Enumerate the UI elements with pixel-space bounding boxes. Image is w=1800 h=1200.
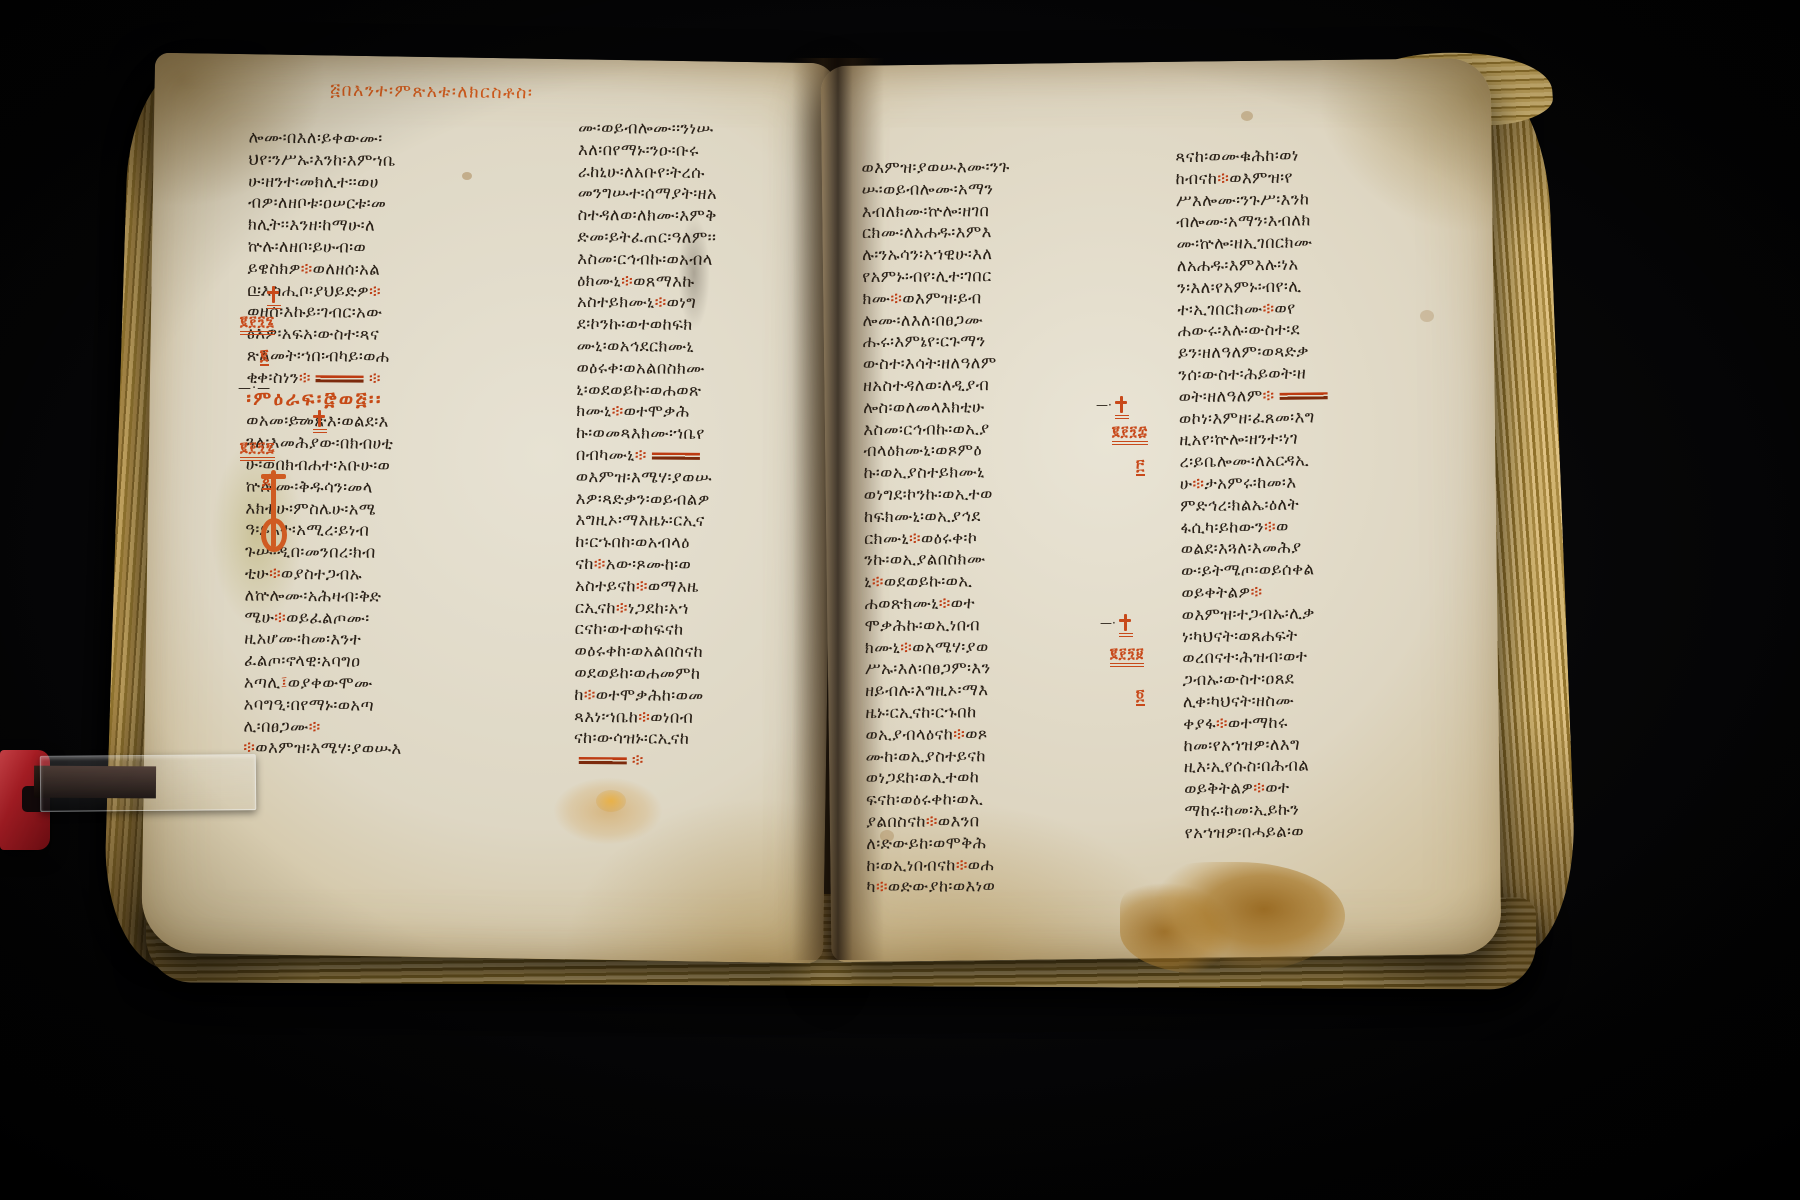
manuscript-text-line: አስተይናከ፨ወማእዜ bbox=[575, 575, 865, 599]
manuscript-text-line: ፨ወእምዝ፡እሜሃ፡ያወሡእ bbox=[243, 737, 563, 762]
manuscript-text-line: ኒ፨ወደወይኩ፡ወኢ bbox=[864, 569, 1178, 593]
manuscript-text-line: ወነጋደከ፡ወኢተወከ bbox=[866, 765, 1180, 789]
manuscript-text-line: ከፍክሙኒ፡ወኢያኅደ bbox=[864, 504, 1178, 528]
manuscript-text-line: ወዕሩቀከ፡ወአልበስናከ bbox=[574, 640, 864, 664]
manuscript-text-line: ሐወጽክሙኒ፨ወተ bbox=[864, 591, 1178, 615]
coptic-cross-margin-icon: —· bbox=[294, 410, 327, 427]
manuscript-text-line: ፅእዎ፡አፍአ፡ውስተ፡ጻና bbox=[247, 323, 567, 348]
manuscript-text-line: ካ፨ወድውያከ፡ወእነወ bbox=[866, 874, 1180, 898]
manuscript-text-line: ጓለ፡እመሕያው፡በክብሀቲ bbox=[246, 432, 566, 457]
manuscript-text-line: ወነግደ፡ኮንኩ፡ወኢተወ bbox=[864, 482, 1178, 506]
manuscript-text-line: ኩ፡ወኢያስተይክሙኒ bbox=[864, 460, 1178, 484]
manuscript-text-line: ያልበስናከ፨ወእንበ bbox=[866, 809, 1180, 833]
manuscript-text-line: ውስተ፡እሳት፡ዘለዓለም bbox=[863, 351, 1177, 375]
manuscript-text-line: አስተይክሙኒ፨ወነግ bbox=[577, 291, 867, 315]
coptic-cross-margin-icon: —· bbox=[1100, 614, 1133, 631]
manuscript-text-line: ሎስ፡ወለመላእክቲሁ bbox=[863, 395, 1177, 419]
manuscript-text-line: ርክሙ፡ለአሐዱ፡እምእ bbox=[862, 220, 1176, 244]
manuscript-text-line: ጉሡ፡ዲበ፡መንበረ፡ክብ bbox=[245, 541, 565, 566]
manuscript-text-line: ራከኒሁ፡ለአቡየ፡ትረሱ bbox=[578, 161, 868, 185]
manuscript-text-line: ሁ፡ወበክብሐተ፡አቡሁ፡ወ bbox=[246, 454, 566, 479]
manuscript-text-line: ወኢያብላዕናከ፨ወጾ bbox=[865, 722, 1179, 746]
manuscript-text-line: ቲሁ፨ወያስተጋብኡ bbox=[245, 563, 565, 588]
left-page-column-2: ሙ፡ወይብሎሙ፡፡ንነሡእለ፡በየማኑ፡ንዑ፡ቡሩራከኒሁ፡ለአቡየ፡ትረሱመን… bbox=[574, 117, 869, 773]
margin-section-number: ፪፻፺፮ bbox=[240, 314, 275, 335]
manuscript-text-line: ሙከ፡ወኢያስተይናከ bbox=[866, 743, 1180, 767]
manuscript-text-line: እዎ፡ጻድቃን፡ወይብልዎ bbox=[576, 488, 866, 512]
manuscript-text-line: ክሙኒ፨ወተሞቃሕ bbox=[576, 400, 866, 424]
manuscript-text-line: ዜኑ፡ርኢናከ፡ርኁበከ bbox=[865, 700, 1179, 724]
manuscript-text-line: ፍናከ፡ወዕሩቀከ፡ወኢ bbox=[866, 787, 1180, 811]
manuscript-text-line: ለ፡ድውይከ፡ወሞቅሕ bbox=[866, 831, 1180, 855]
manuscript-text-line: ቦ፡እስሒቦ፡ያህይድዎ፨ bbox=[247, 279, 567, 304]
manuscript-text-line: ርናከ፡ወተወከፍናከ bbox=[575, 618, 865, 642]
manuscript-text-line: እግዚኦ፡ማእዜኑ፡ርኢና bbox=[575, 509, 865, 533]
margin-section-number: ፪፻፺፰ bbox=[1112, 424, 1148, 445]
margin-staff-ornament-icon bbox=[256, 466, 292, 552]
manuscript-text-line: ሙኒ፡ወአኅደርክሙኒ bbox=[577, 335, 867, 359]
manuscript-text-line: ሑሩ፡እምኔየ፡ርጉማን bbox=[863, 329, 1177, 353]
manuscript-text-line: ዘአስተዳለወ፡ለዲያብ bbox=[863, 373, 1177, 397]
margin-section-number: ፪፻፺፯ bbox=[240, 440, 275, 461]
manuscript-text-line: ኵሉ፡ለዘቦ፡ይሁብ፡ወ bbox=[248, 236, 568, 261]
manuscript-text-line: የአምኑ፡ብየ፡ሊተ፡ገበር bbox=[862, 264, 1176, 288]
manuscript-text-line: ለኵሎሙ፡አሕዛብ፡ቅድ bbox=[245, 584, 565, 609]
manuscript-text-line: ወዘሰ፡እኩይ፡ገብር፡አው bbox=[247, 301, 567, 326]
manuscript-text-line: በብካሙኒ፨ bbox=[576, 444, 866, 468]
manuscript-text-line: ከ፡ርኁበከ፡ወአብላዕ bbox=[575, 531, 865, 555]
manuscript-text-line: ፈልጦ፡ኖላዊ፡አባግዐ bbox=[244, 650, 564, 675]
manuscript-text-line: ድመ፡ይትፈጠር፡ዓለም፡፡ bbox=[577, 226, 867, 250]
coptic-cross-margin-icon: —· bbox=[248, 286, 281, 303]
manuscript-text-line: ንኩ፡ወኢያልበስክሙ bbox=[864, 547, 1178, 571]
manuscript-text-line: እብለክሙ፡ኵሎ፡ዘገበ bbox=[862, 199, 1176, 223]
manuscript-text-line: ከ፡ወኢነበብናከ፨ወሐ bbox=[866, 852, 1180, 876]
manuscript-text-line: ሜሁ፨ወይፈልጦሙ፡ bbox=[244, 606, 564, 631]
margin-section-number: ፪፻፺፱ bbox=[1110, 646, 1144, 667]
manuscript-text-line: ክሙ፨ወእምዝ፡ይብ bbox=[862, 286, 1176, 310]
manuscript-text-line: ዚአሆሙ፡ከመ፡እንተ bbox=[244, 628, 564, 653]
manuscript-text-line: ጻእነ፡ኀቤከ፨ወነበብ bbox=[574, 705, 864, 729]
manuscript-text-line: ሁ፡ዘንተ፡መክሊተ፡፡ወሀ bbox=[248, 170, 568, 195]
manuscript-text-line: አጣሊ፤ወያቀውሞሙ bbox=[244, 672, 564, 697]
manuscript-text-line: እለ፡በየማኑ፡ንዑ፡ቡሩ bbox=[578, 139, 868, 163]
margin-numeral: ፫ bbox=[1136, 456, 1145, 476]
manuscript-text-line: ኩ፡ወመጻእክሙ፡ኀቤየ bbox=[576, 422, 866, 446]
manuscript-text-line: ኵሎሙ፡ቅዱሳን፡መላ bbox=[246, 475, 566, 500]
manuscript-text-line: እክቲሁ፡ምስሌሁ፡አሜ bbox=[245, 497, 565, 522]
coptic-cross-margin-icon: —· bbox=[1096, 396, 1129, 413]
manuscript-text-line: እስመ፡ርኅብኩ፡ወአብላ bbox=[577, 248, 867, 272]
manuscript-text-line: ወእምዝ፡ያወሡእሙ፡ንጉ bbox=[861, 155, 1175, 179]
manuscript-text-line: ዓ፡ይእተ፡አሚረ፡ይነብ bbox=[245, 519, 565, 544]
manuscript-text-line: ከ፨ወተሞቃሕከ፡ወመ bbox=[574, 684, 864, 708]
manuscript-text-line: ናከ፡ውሳዝኑ፡ርኢናከ bbox=[574, 727, 864, 751]
manuscript-text-line: ናከ፨አው፡ጾሙከ፡ወ bbox=[575, 553, 865, 577]
right-page-column-2: ጻናከ፡ወሙቁሕከ፡ወነከብናከ፨ወእምዝ፡የሥእሎሙ፡ንጉሥ፡እንከብሎሙ፡አ… bbox=[1175, 142, 1509, 844]
manuscript-text-line: ወዕሩቀ፡ወአልበስክሙ bbox=[576, 357, 866, 381]
right-page-column-1: ወእምዝ፡ያወሡእሙ፡ንጉሡ፡ወይብሎሙ፡አማንእብለክሙ፡ኵሎ፡ዘገበርክሙ፡… bbox=[861, 155, 1180, 898]
photo-stage: ፭በእንተ፡ምጽአቱ፡ለክርስቶስ፡ ሎሙ፡በእለ፡ይቀውሙ፡ህየ፡ንሥኡ፡እን… bbox=[0, 0, 1800, 1200]
manuscript-text-line: ርኢናከ፨ነጋደከ፡አኀ bbox=[575, 597, 865, 621]
manuscript-text-line: ወእምዝ፡እሜሃ፡ያወሡ bbox=[576, 466, 866, 490]
manuscript-text-line: ፨ bbox=[574, 749, 864, 773]
manuscript-text-line: ሎሙ፡በእለ፡ይቀውሙ፡ bbox=[249, 127, 569, 152]
manuscript-text-line: ዕክሙኒ፨ወጸማእኩ bbox=[577, 270, 867, 294]
acrylic-page-strip bbox=[40, 754, 256, 812]
margin-dash-mark: —·— bbox=[238, 381, 271, 396]
manuscript-text-line: ሡ፡ወይብሎሙ፡አማን bbox=[862, 177, 1176, 201]
page-header-rubric: ፭በእንተ፡ምጽአቱ፡ለክርስቶስ፡ bbox=[330, 81, 534, 104]
manuscript-text-line: መንግሡተ፡ሰማያት፡ዘአ bbox=[578, 182, 868, 206]
manuscript-text-line: ኒ፡ወደወይኩ፡ወሐወጽ bbox=[576, 379, 866, 403]
manuscript-text-line: ሉ፡ንኡሳን፡አኀዊሁ፡እለ bbox=[862, 242, 1176, 266]
manuscript-text-line: ሊ፡በፀጋሙ፨ bbox=[243, 715, 563, 740]
manuscript-text-line: አባግዒ፡በየማኑ፡ወአጣ bbox=[244, 693, 564, 718]
manuscript-text-line: ክሊት፡፡እንዘ፡ከማሁ፡ለ bbox=[248, 214, 568, 239]
manuscript-text-line: ጽልመት፡ኀበ፡ብካይ፡ወሐ bbox=[247, 345, 567, 370]
manuscript-text-line: ርክሙኒ፨ወዕሩቀ፡ኮ bbox=[864, 525, 1178, 549]
manuscript-text-line: ህየ፡ንሥኡ፡እንከ፡እምኀቤ bbox=[248, 148, 568, 173]
manuscript-text-line: ብዎ፡ለዘቦቱ፡ዐሠርቱ፡መ bbox=[248, 192, 568, 217]
manuscript-text-line: ወደወይከ፡ወሐመምከ bbox=[574, 662, 864, 686]
margin-numeral: ፪ bbox=[260, 346, 269, 366]
left-page-column-1: ሎሙ፡በእለ፡ይቀውሙ፡ህየ፡ንሥኡ፡እንከ፡እምኀቤሁ፡ዘንተ፡መክሊተ፡፡ወ… bbox=[243, 127, 569, 762]
manuscript-text-line: ደ፡ኮንኩ፡ወተወከፍክ bbox=[577, 313, 867, 337]
manuscript-text-line: ዘይብሉ፡እግዚኦ፡ማእ bbox=[865, 678, 1179, 702]
margin-numeral: ፬ bbox=[1136, 686, 1145, 706]
manuscript-text-line: ይዌስክዎ፨ወለዘሰ፡አል bbox=[247, 257, 567, 282]
manuscript-text-line: ስተዳለወ፡ለክሙ፡እምቅ bbox=[578, 204, 868, 228]
manuscript-text-line: ሙ፡ወይብሎሙ፡፡ንነሡ bbox=[578, 117, 868, 141]
manuscript-text-line: የአኀዝዎ፡በሓይል፡ወ bbox=[1185, 817, 1509, 843]
manuscript-text-line: ሎሙ፡ለእለ፡በፀጋሙ bbox=[862, 307, 1176, 331]
